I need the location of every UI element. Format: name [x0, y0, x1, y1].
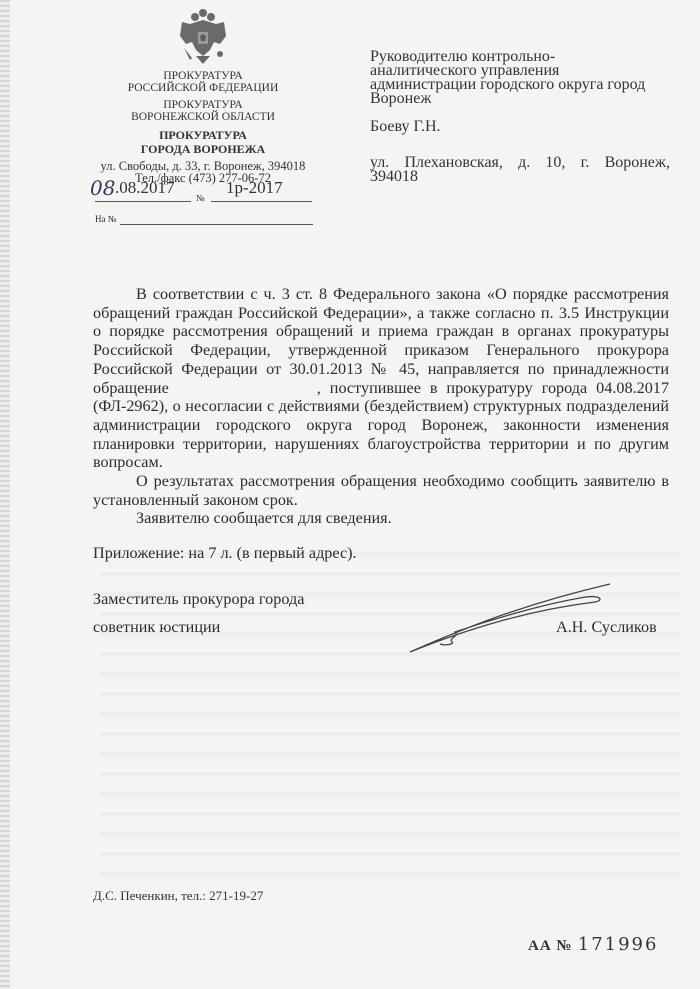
- registration-number: 1р-2017: [226, 178, 283, 198]
- registration-date: .08.2017: [115, 178, 175, 198]
- reference-underline: [120, 224, 313, 225]
- org-line: ПРОКУРАТУРА: [88, 70, 318, 82]
- address-part: г.: [581, 156, 590, 170]
- letter-body: В соответствии с ч. 3 ст. 8 Федерального…: [93, 285, 669, 528]
- number-underline: [211, 201, 312, 202]
- date-underline: [95, 201, 191, 202]
- address-part: д.: [518, 156, 530, 170]
- signer-position: Заместитель прокурора города: [93, 590, 304, 609]
- address-part: Воронеж,: [605, 156, 670, 170]
- signer-name: А.Н. Сусликов: [556, 618, 657, 637]
- form-serial-number: АА № 171996: [528, 934, 658, 955]
- recipient-name: Боеву Г.Н.: [370, 120, 670, 134]
- registration-row: 08 .08.2017 1р-2017 №: [90, 176, 312, 206]
- scan-binding-edge: [0, 0, 10, 989]
- handwritten-day: 08: [90, 176, 115, 200]
- number-sign: №: [196, 193, 205, 203]
- address-part: Плехановская,: [404, 156, 502, 170]
- org-line-bold: ГОРОДА ВОРОНЕЖА: [88, 142, 318, 156]
- recipient-postcode: 394018: [370, 170, 670, 184]
- address-part: 10,: [545, 156, 565, 170]
- paragraph-text: , поступившее в прокуратуру города 04.08…: [93, 379, 669, 472]
- reference-row: На №: [95, 214, 315, 224]
- paragraph-results: О результатах рассмотрения обращения нео…: [93, 472, 669, 509]
- russian-coat-of-arms-icon: [178, 8, 228, 66]
- org-line: ПРОКУРАТУРА: [88, 99, 318, 111]
- serial-prefix: АА №: [528, 938, 573, 954]
- attachment-note: Приложение: на 7 л. (в первый адрес).: [93, 544, 357, 563]
- letterhead: ПРОКУРАТУРА РОССИЙСКОЙ ФЕДЕРАЦИИ ПРОКУРА…: [88, 8, 318, 184]
- executor-contact: Д.С. Печенкин, тел.: 271-19-27: [93, 888, 263, 904]
- serial-number: 171996: [578, 934, 659, 955]
- org-line-bold: ПРОКУРАТУРА: [88, 128, 318, 142]
- org-line: РОССИЙСКОЙ ФЕДЕРАЦИИ: [88, 82, 318, 94]
- recipient-position: Воронеж: [370, 92, 670, 106]
- paragraph-notice: Заявителю сообщается для сведения.: [93, 509, 669, 528]
- paragraph-forwarding: В соответствии с ч. 3 ст. 8 Федерального…: [93, 285, 669, 472]
- signer-rank: советник юстиции: [93, 618, 220, 637]
- recipient-block: Руководителю контрольно- аналитического …: [370, 50, 670, 198]
- org-line: ВОРОНЕЖСКОЙ ОБЛАСТИ: [88, 111, 318, 123]
- reference-label: На №: [95, 214, 116, 224]
